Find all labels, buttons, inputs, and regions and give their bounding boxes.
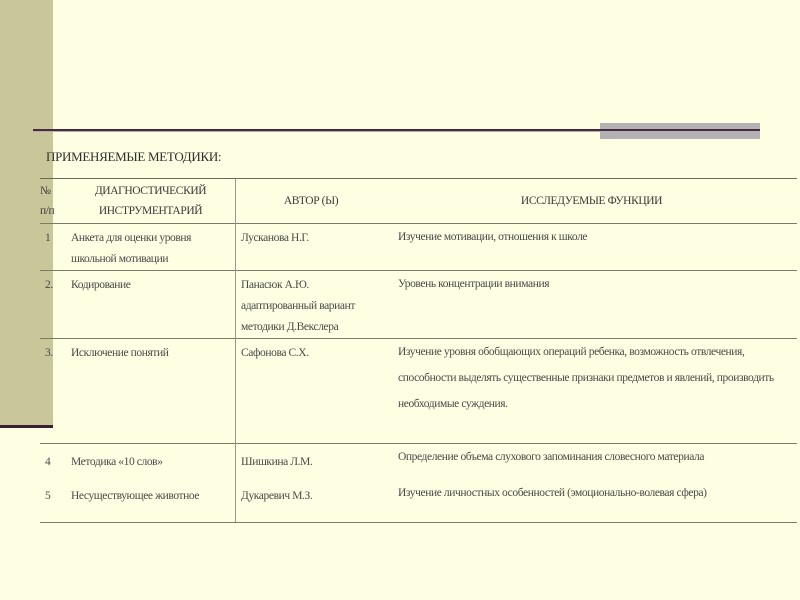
table-row: 4 Методика «10 слов» Шишкина Л.М. Опреде… — [40, 444, 797, 481]
row-tool: Исключение понятий — [66, 339, 235, 364]
table-row: 5 Несуществующее животное Дукаревич М.З.… — [40, 480, 797, 523]
table-row: 2. Кодирование Панасюк А.Ю. адаптированн… — [40, 271, 797, 339]
header-number-line2: п/п — [40, 201, 66, 221]
header-tool-line1: Диагностический — [66, 181, 235, 201]
row-number: 4 — [40, 444, 66, 473]
row-tool: Кодирование — [66, 271, 235, 296]
row-author: Лусканова Н.Г. — [236, 224, 386, 249]
row-number: 3. — [40, 339, 66, 364]
row-author: Дукаревич М.З. — [236, 480, 386, 507]
table-row: 1 Анкета для оценки уровня школьной моти… — [40, 224, 797, 271]
row-functions: Изучение личностных особенностей (эмоцио… — [386, 480, 797, 506]
row-author: Панасюк А.Ю. адаптированный вариант мето… — [236, 271, 386, 338]
table-header-row: № п/п Диагностический инструментарий Авт… — [40, 179, 797, 224]
row-functions: Определение объема слухового запоминания… — [386, 444, 797, 470]
row-number: 2. — [40, 271, 66, 296]
row-tool: Анкета для оценки уровня школьной мотива… — [66, 224, 235, 270]
header-functions: Исследуемые функции — [386, 179, 797, 224]
row-tool: Несуществующее животное — [66, 480, 235, 507]
header-number-line1: № — [40, 181, 66, 201]
methods-table: № п/п Диагностический инструментарий Авт… — [40, 178, 797, 523]
header-author: Автор (ы) — [236, 179, 387, 224]
row-functions: Уровень концентрации внимания — [386, 271, 797, 297]
header-tool: Диагностический инструментарий — [66, 179, 236, 224]
slide-title: ПРИМЕНЯЕМЫЕ МЕТОДИКИ: — [46, 149, 221, 165]
row-author: Шишкина Л.М. — [236, 444, 386, 473]
row-functions: Изучение уровня обобщающих операций ребе… — [386, 339, 797, 417]
header-number: № п/п — [40, 179, 66, 224]
row-functions: Изучение мотивации, отношения к школе — [386, 224, 797, 250]
header-tool-line2: инструментарий — [66, 201, 235, 221]
table-row: 3. Исключение понятий Сафонова С.Х. Изуч… — [40, 339, 797, 444]
row-tool: Методика «10 слов» — [66, 444, 235, 473]
row-number: 1 — [40, 224, 66, 249]
row-author: Сафонова С.Х. — [236, 339, 386, 364]
row-number: 5 — [40, 480, 66, 507]
accent-block — [600, 123, 760, 139]
